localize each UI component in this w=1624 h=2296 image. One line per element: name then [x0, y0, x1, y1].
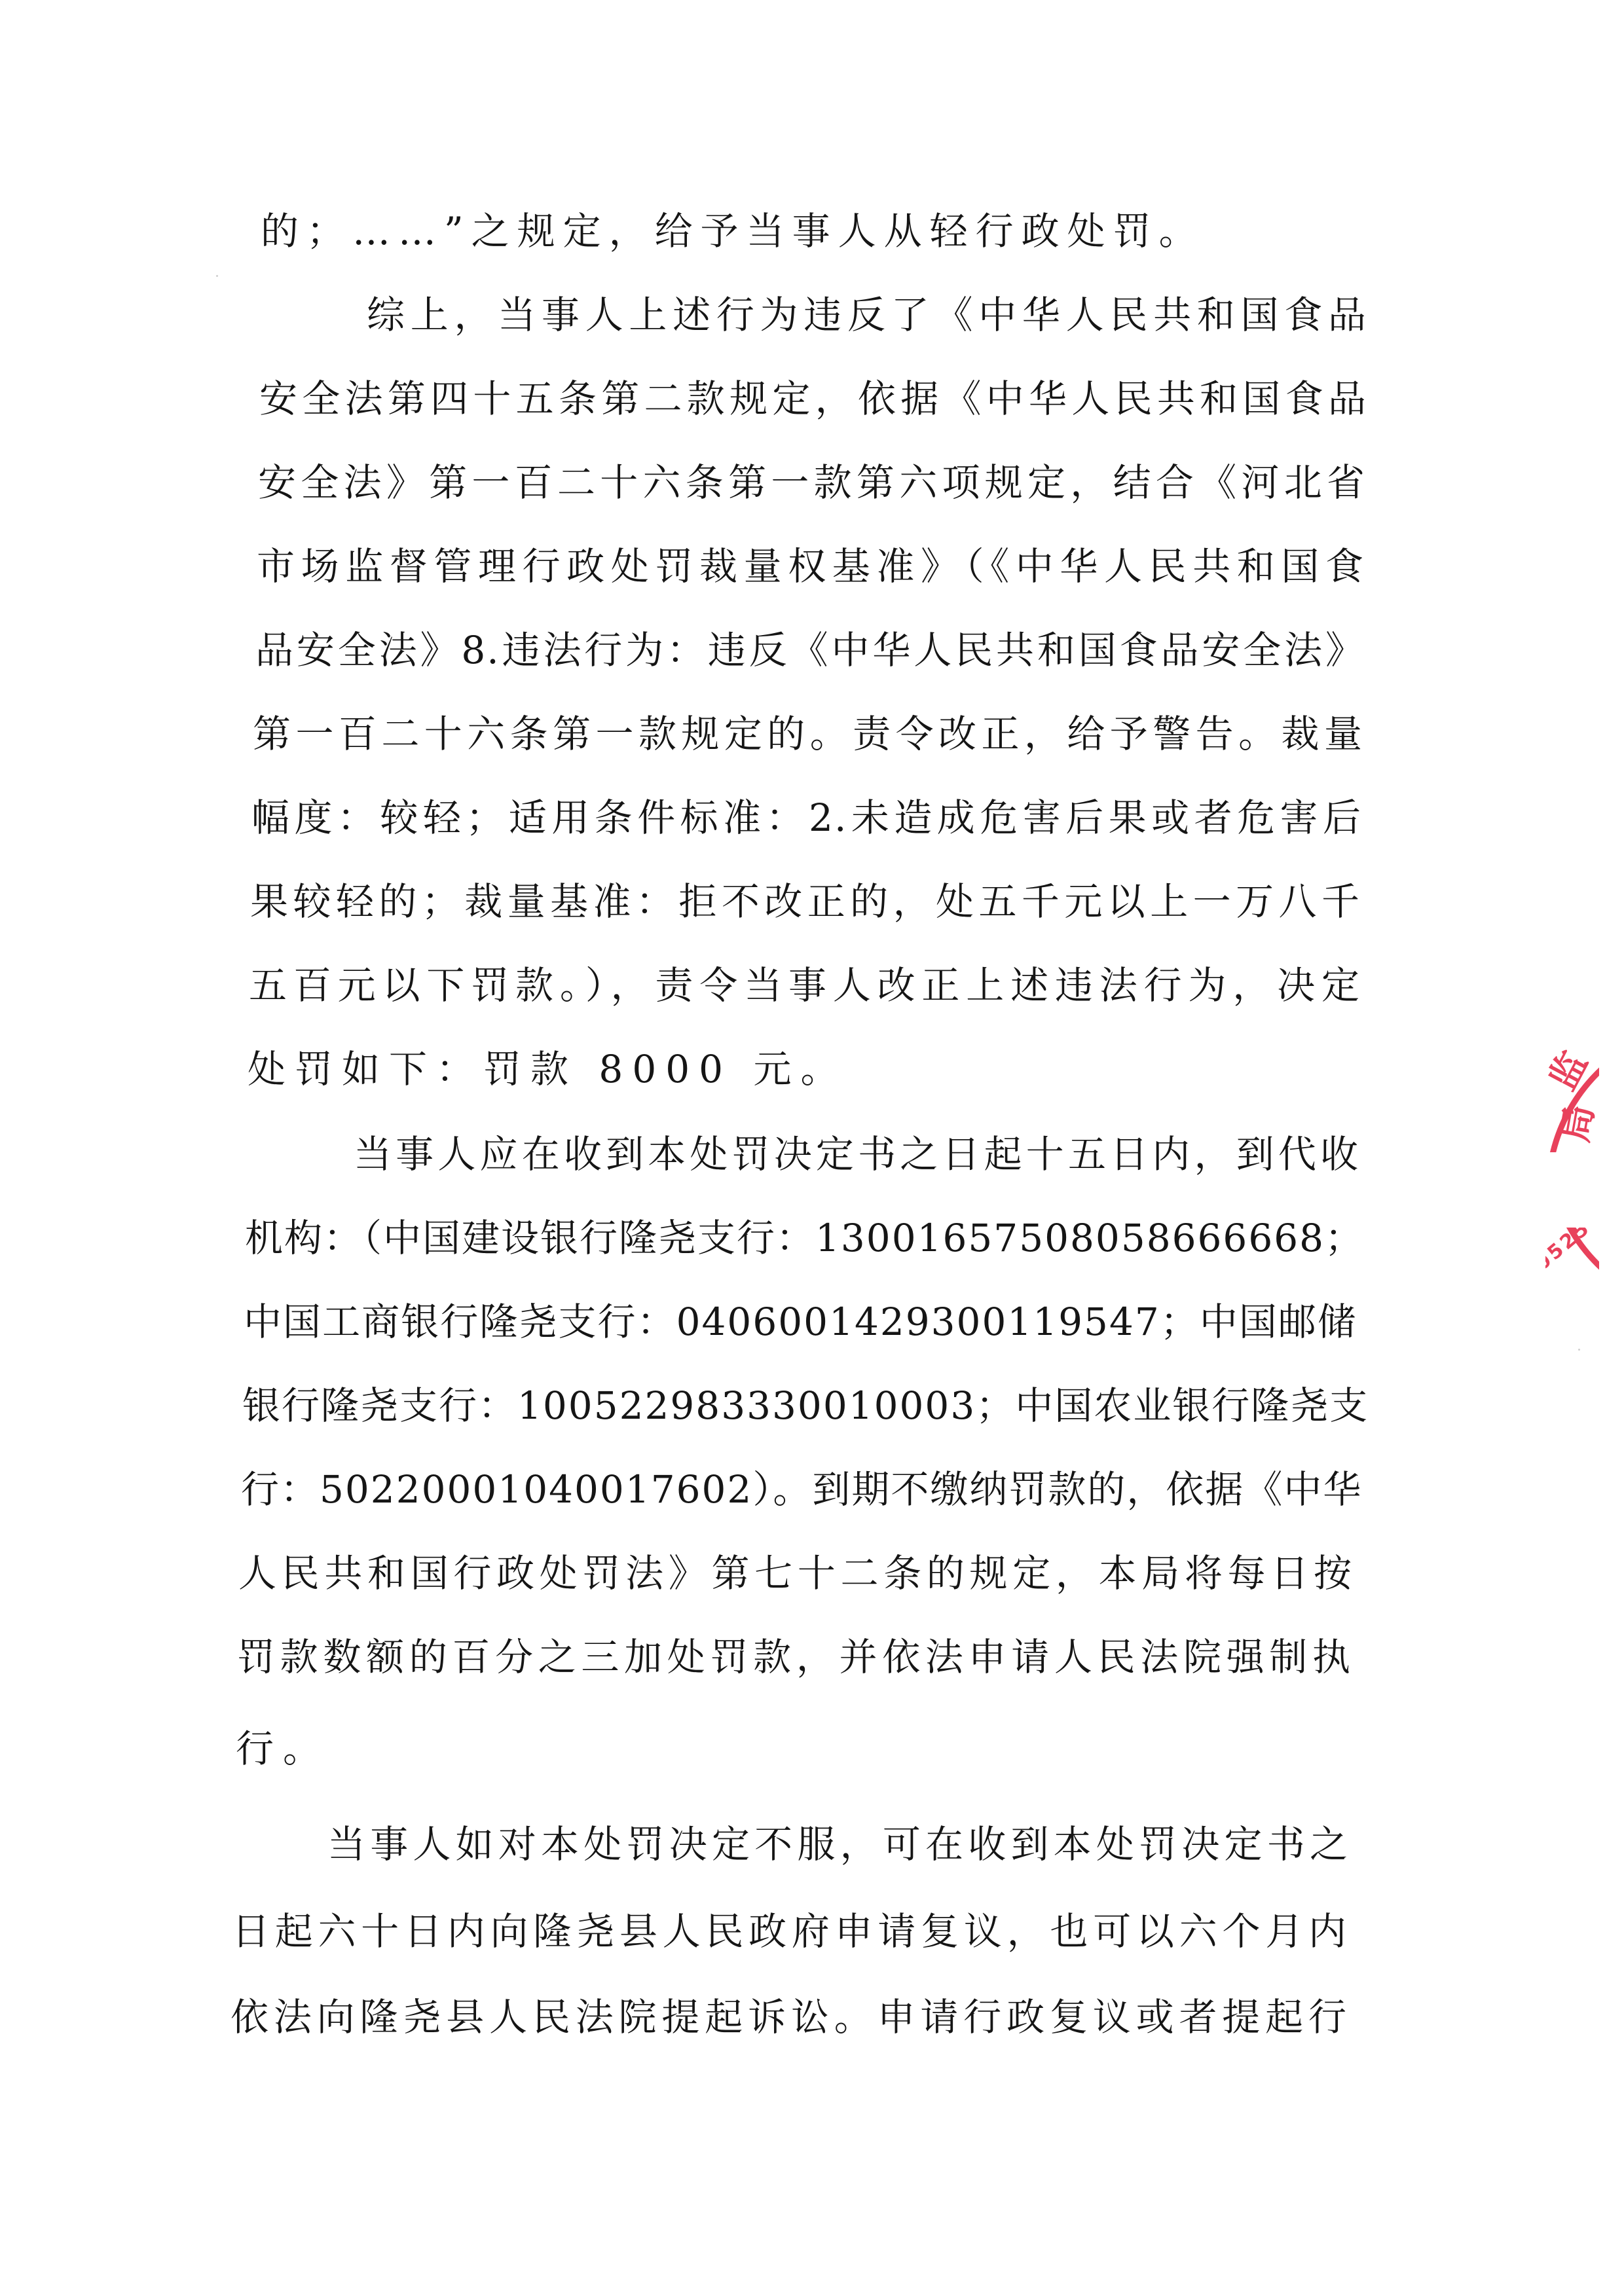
text-line: 日起六十日内向隆尧县人民政府申请复议，也可以六个月内: [232, 1908, 1348, 1954]
scan-artifact: [216, 275, 218, 277]
text-line: 五百元以下罚款。），责令当事人改正上述违法行为，决定: [249, 962, 1361, 1008]
official-seal-fragment: 监 局: [1545, 1021, 1599, 1152]
text-line: 依法向隆尧县人民法院提起诉讼。申请行政复议或者提起行: [231, 1994, 1348, 2040]
fine-amount-line: 处罚如下：罚款 8000 元。: [248, 1046, 837, 1092]
seal-character: 局: [1557, 1102, 1599, 1145]
scan-artifact: [1578, 1349, 1580, 1351]
text-line: 市场监督管理行政处罚裁量权基准》（《中华人民共和国食: [257, 543, 1365, 589]
document-page: 的；……”之规定，给予当事人从轻行政处罚。 综上，当事人上述行为违反了《中华人民…: [0, 0, 1624, 2296]
text-line: 人民共和国行政处罚法》第七十二条的规定，本局将每日按: [238, 1550, 1353, 1596]
text-line: 综上，当事人上述行为违反了《中华人民共和国食品: [367, 292, 1367, 338]
text-line: 的；……”之规定，给予当事人从轻行政处罚。: [261, 208, 981, 254]
official-seal-fragment: 0525: [1545, 1228, 1599, 1319]
text-line: 安全法》第一百二十六条第一款第六项规定，结合《河北省: [258, 460, 1366, 505]
text-line: 当事人如对本处罚决定不服，可在收到本处罚决定书之: [327, 1821, 1349, 1867]
text-line: 第一百二十六条第一款规定的。责令改正，给予警告。裁量: [253, 711, 1363, 757]
text-line: 幅度：较轻；适用条件标准：2.未造成危害后果或者危害后: [251, 795, 1362, 841]
text-line: 罚款数额的百分之三加处罚款，并依法申请人民法院强制执: [237, 1634, 1352, 1680]
bank-account-line: 银行隆尧支行：100522983330010003；中国农业银行隆尧支: [242, 1383, 1356, 1429]
bank-account-line: 行：50220001040017602）。到期不缴纳罚款的，依据《中华: [241, 1467, 1354, 1512]
text-line: 行。: [236, 1726, 432, 1772]
text-line: 品安全法》8.违法行为：违反《中华人民共和国食品安全法》: [255, 627, 1365, 673]
text-line: 果较轻的；裁量基准：拒不改正的，处五千元以上一万八千: [250, 879, 1361, 924]
text-line: 安全法第四十五条第二款规定，依据《中华人民共和国食品: [259, 376, 1367, 422]
bank-account-line: 中国工商银行隆尧支行：0406001429300119547；中国邮储: [244, 1299, 1357, 1345]
text-line: 当事人应在收到本处罚决定书之日起十五日内，到代收: [354, 1131, 1359, 1177]
bank-account-line: 机构：（中国建设银行隆尧支行：13001657508058666668；: [245, 1215, 1358, 1261]
